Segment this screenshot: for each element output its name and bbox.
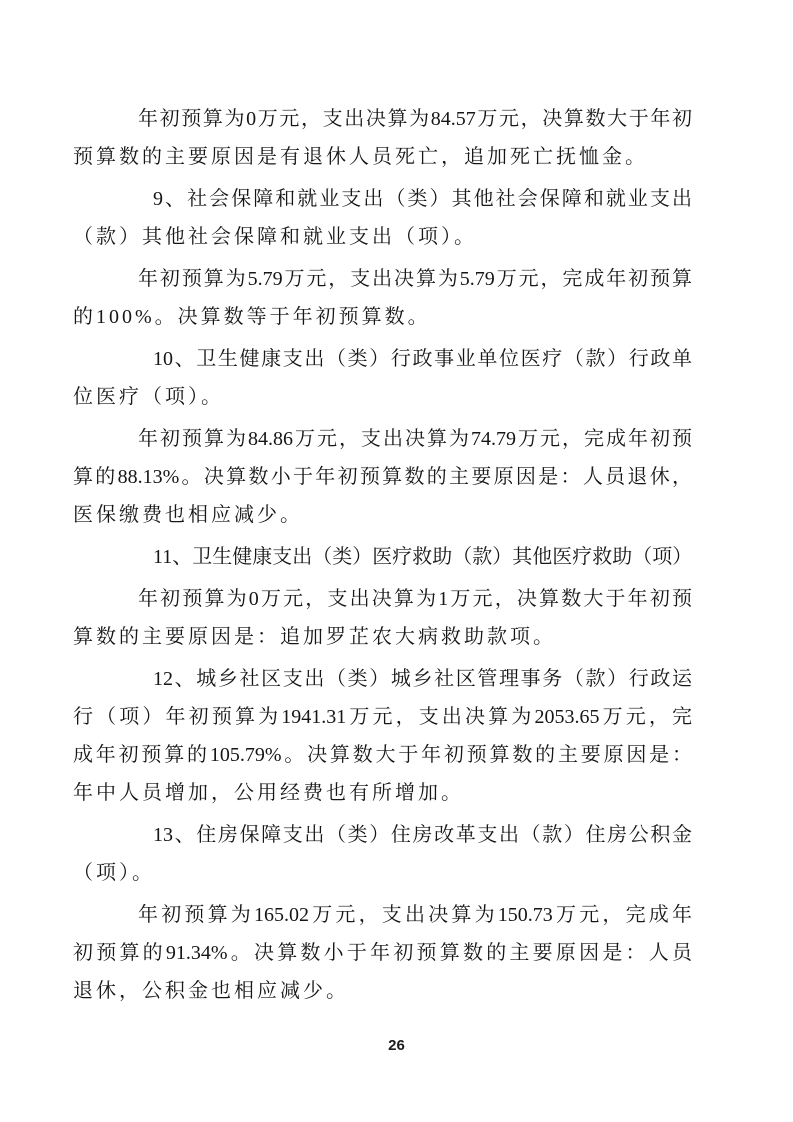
- text-line: 年初预算为0万元，支出决算为1万元，决算数大于年初预: [73, 580, 692, 618]
- paragraph-heading-item-9: 9、社会保障和就业支出（类）其他社会保障和就业支出（款）其他社会保障和就业支出（…: [73, 180, 692, 256]
- paragraph-item-11-detail: 年初预算为0万元，支出决算为1万元，决算数大于年初预算数的主要原因是：追加罗芷农…: [73, 580, 692, 656]
- paragraph-item-8-variance-reason: 年初预算为0万元，支出决算为84.57万元，决算数大于年初预算数的主要原因是有退…: [73, 100, 692, 176]
- text-line: 年中人员增加，公用经费也有所增加。: [73, 774, 692, 812]
- page-number: 26: [0, 1036, 793, 1056]
- text-line: 10、卫生健康支出（类）行政事业单位医疗（款）行政单: [73, 340, 692, 378]
- paragraph-heading-item-13: 13、住房保障支出（类）住房改革支出（款）住房公积金（项）。: [73, 816, 692, 892]
- text-line: 预算数的主要原因是有退休人员死亡，追加死亡抚恤金。: [73, 138, 692, 176]
- text-line: 13、住房保障支出（类）住房改革支出（款）住房公积金: [73, 816, 692, 854]
- paragraph-item-9-detail: 年初预算为5.79万元，支出决算为5.79万元，完成年初预算的100%。决算数等…: [73, 260, 692, 336]
- text-line: （款）其他社会保障和就业支出（项）。: [73, 218, 692, 256]
- text-line: 位医疗（项）。: [73, 378, 692, 416]
- text-line: 成年初预算的105.79%。决算数大于年初预算数的主要原因是：: [73, 736, 692, 774]
- text-line: 医保缴费也相应减少。: [73, 496, 692, 534]
- document-page: 年初预算为0万元，支出决算为84.57万元，决算数大于年初预算数的主要原因是有退…: [0, 0, 793, 1122]
- text-line: 9、社会保障和就业支出（类）其他社会保障和就业支出: [73, 180, 692, 218]
- paragraph-heading-item-11: 11、卫生健康支出（类）医疗救助（款）其他医疗救助（项）: [73, 538, 692, 576]
- text-line: 算的88.13%。决算数小于年初预算数的主要原因是：人员退休，: [73, 458, 692, 496]
- paragraph-item-13-detail: 年初预算为165.02万元，支出决算为150.73万元，完成年初预算的91.34…: [73, 896, 692, 1010]
- text-line: 年初预算为165.02万元，支出决算为150.73万元，完成年: [73, 896, 692, 934]
- paragraph-heading-item-10: 10、卫生健康支出（类）行政事业单位医疗（款）行政单位医疗（项）。: [73, 340, 692, 416]
- text-line: 年初预算为84.86万元，支出决算为74.79万元，完成年初预: [73, 420, 692, 458]
- text-line: 算数的主要原因是：追加罗芷农大病救助款项。: [73, 618, 692, 656]
- text-line: 11、卫生健康支出（类）医疗救助（款）其他医疗救助（项）: [73, 538, 692, 576]
- text-line: 的100%。决算数等于年初预算数。: [73, 298, 692, 336]
- paragraph-heading-item-12: 12、城乡社区支出（类）城乡社区管理事务（款）行政运行（项）年初预算为1941.…: [73, 660, 692, 812]
- text-line: 初预算的91.34%。决算数小于年初预算数的主要原因是：人员: [73, 934, 692, 972]
- text-line: 年初预算为5.79万元，支出决算为5.79万元，完成年初预算: [73, 260, 692, 298]
- paragraph-item-10-detail: 年初预算为84.86万元，支出决算为74.79万元，完成年初预算的88.13%。…: [73, 420, 692, 534]
- text-line: （项）。: [73, 854, 692, 892]
- document-text-block: 年初预算为0万元，支出决算为84.57万元，决算数大于年初预算数的主要原因是有退…: [73, 100, 692, 1014]
- text-line: 退休，公积金也相应减少。: [73, 972, 692, 1010]
- text-line: 年初预算为0万元，支出决算为84.57万元，决算数大于年初: [73, 100, 692, 138]
- text-line: 行（项）年初预算为1941.31万元，支出决算为2053.65万元，完: [73, 698, 692, 736]
- text-line: 12、城乡社区支出（类）城乡社区管理事务（款）行政运: [73, 660, 692, 698]
